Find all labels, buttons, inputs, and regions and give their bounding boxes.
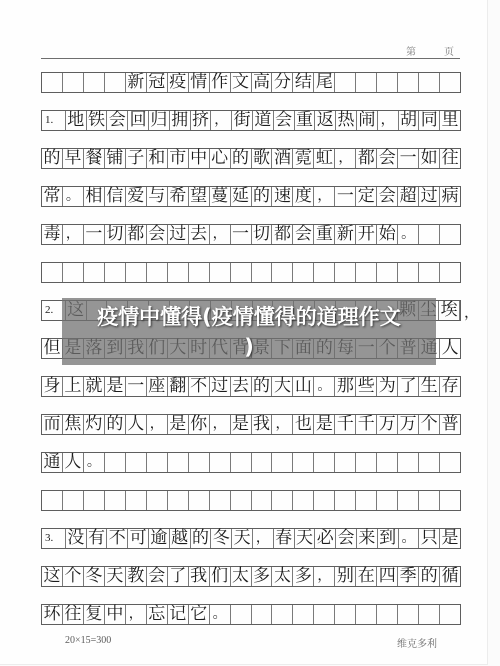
grid-cell: 那 — [335, 377, 356, 396]
grid-cell — [63, 73, 84, 92]
grid-cell: 了 — [398, 377, 419, 396]
grid-cell — [252, 605, 273, 624]
grid-cell — [314, 453, 335, 472]
grid-cell: 教 — [126, 567, 147, 586]
grid-cell: 为 — [377, 377, 398, 396]
grid-cell: 个 — [419, 415, 440, 434]
grid-cell — [105, 453, 126, 472]
grid-cell — [440, 605, 460, 624]
grid-cell: 市 — [168, 149, 189, 168]
grid-cell — [419, 263, 440, 282]
grid-cell: 中 — [105, 605, 126, 624]
grid-cell: 望 — [189, 187, 210, 206]
grid-cell: 结 — [293, 73, 314, 92]
grid-cell: 太 — [272, 567, 293, 586]
grid-cell: 别 — [335, 567, 356, 586]
grid-cell — [440, 453, 460, 472]
grid-cell: 人 — [126, 415, 147, 434]
grid-cell: 些 — [356, 377, 377, 396]
grid-row — [41, 490, 461, 511]
grid-cell: 没 — [66, 529, 87, 548]
grid-cell: 万 — [377, 415, 398, 434]
grid-cell: 我 — [252, 415, 273, 434]
grid-cell — [314, 491, 335, 510]
grid-cell — [42, 491, 63, 510]
grid-cell — [231, 453, 252, 472]
grid-row: 常。相信爱与希望蔓延的速度，一定会超过病 — [41, 186, 461, 207]
grid-cell: 在 — [356, 567, 377, 586]
grid-row — [41, 262, 461, 283]
grid-cell — [377, 491, 398, 510]
grid-cell: 会 — [147, 567, 168, 586]
grid-cell — [419, 605, 440, 624]
grid-cell — [398, 605, 419, 624]
grid-cell: 千 — [356, 415, 377, 434]
grid-row: 1.地铁会回归拥挤，街道会重返热闹，胡同里 — [41, 110, 461, 131]
grid-cell: ， — [210, 225, 231, 244]
grid-cell: 冠 — [147, 73, 168, 92]
grid-row: 身上就是一座翻不过去的大山。那些为了生存 — [41, 376, 461, 397]
grid-cell — [231, 605, 252, 624]
grid-cell: 始 — [377, 225, 398, 244]
grid-row: 这个冬天教会了我们太多太多，别在四季的循 — [41, 566, 461, 587]
grid-cell — [293, 453, 314, 472]
grid-cell — [84, 263, 105, 282]
title-row: 新冠疫情作文高分结尾 — [41, 72, 461, 93]
grid-cell: 铺 — [105, 149, 126, 168]
grid-cell: 多 — [293, 567, 314, 586]
grid-cell: 的 — [105, 415, 126, 434]
grid-cell: 不 — [189, 377, 210, 396]
grid-cell — [377, 453, 398, 472]
grid-cell — [335, 491, 356, 510]
grid-cell: 疫 — [168, 73, 189, 92]
grid-cell: 子 — [126, 149, 147, 168]
grid-cell: 。 — [399, 529, 420, 548]
grid-cell: 新 — [126, 73, 147, 92]
grid-cell: 天 — [105, 567, 126, 586]
grid-row: 环往复中，忘记它。 — [41, 604, 461, 625]
grid-cell — [293, 605, 314, 624]
grid-cell: 往 — [440, 149, 460, 168]
grid-cell: 3. — [42, 529, 66, 548]
grid-cell: 身 — [42, 377, 63, 396]
grid-cell: 毒 — [42, 225, 63, 244]
grid-cell — [440, 73, 460, 92]
grid-cell — [189, 263, 210, 282]
grid-cell: 超 — [398, 187, 419, 206]
grid-cell: 灼 — [84, 415, 105, 434]
grid-cell: ， — [335, 149, 356, 168]
grid-cell: 速 — [272, 187, 293, 206]
grid-cell: 是 — [105, 377, 126, 396]
grid-cell — [147, 263, 168, 282]
grid-cell: 通 — [42, 453, 63, 472]
grid-cell — [272, 491, 293, 510]
grid-cell — [356, 73, 377, 92]
grid-cell — [398, 263, 419, 282]
grid-cell: 信 — [105, 187, 126, 206]
grid-cell: 。 — [84, 453, 105, 472]
grid-cell: 上 — [63, 377, 84, 396]
grid-cell: 而 — [42, 415, 63, 434]
grid-cell — [293, 263, 314, 282]
grid-cell: 一 — [335, 187, 356, 206]
grid-cell: 切 — [105, 225, 126, 244]
grid-row: 通人。 — [41, 452, 461, 473]
grid-cell: 早 — [63, 149, 84, 168]
grid-cell — [126, 491, 147, 510]
grid-cell — [440, 491, 460, 510]
grid-cell: 去 — [231, 377, 252, 396]
grid-cell: 定 — [356, 187, 377, 206]
grid-cell: 也 — [293, 415, 314, 434]
grid-cell: 循 — [440, 567, 460, 586]
grid-cell: 会 — [274, 111, 295, 130]
grid-cell: 同 — [419, 111, 440, 130]
page-label-prefix: 第 — [406, 43, 416, 58]
grid-cell — [189, 453, 210, 472]
grid-cell: 来 — [357, 529, 378, 548]
grid-cell: 它 — [189, 605, 210, 624]
grid-cell — [168, 491, 189, 510]
grid-row: 而焦灼的人，是你，是我，也是千千万万个普 — [41, 414, 461, 435]
grid-cell: 的 — [191, 529, 212, 548]
grid-cell: 会 — [336, 529, 357, 548]
grid-cell: 过 — [210, 377, 231, 396]
grid-cell — [42, 73, 63, 92]
grid-cell: 胡 — [399, 111, 420, 130]
header-rule — [41, 58, 460, 59]
grid-cell — [272, 605, 293, 624]
grid-cell: 地 — [66, 111, 87, 130]
grid-cell: 的 — [42, 149, 63, 168]
grid-cell: 1. — [42, 111, 66, 130]
page-label-suffix: 页 — [444, 43, 454, 58]
grid-cell — [126, 263, 147, 282]
grid-cell: 。 — [398, 225, 419, 244]
grid-cell — [335, 263, 356, 282]
grid-cell: 中 — [189, 149, 210, 168]
grid-cell — [419, 225, 440, 244]
grid-cell — [398, 453, 419, 472]
grid-cell — [63, 263, 84, 282]
grid-cell: 热 — [336, 111, 357, 130]
grid-cell: 春 — [274, 529, 295, 548]
grid-cell — [440, 263, 460, 282]
grid-cell: 冬 — [211, 529, 232, 548]
grid-cell — [126, 453, 147, 472]
grid-cell: 个 — [63, 567, 84, 586]
grid-cell: 歌 — [252, 149, 273, 168]
grid-cell: 切 — [252, 225, 273, 244]
grid-cell: 。 — [210, 605, 231, 624]
grid-cell: 环 — [42, 605, 63, 624]
grid-cell: 太 — [231, 567, 252, 586]
grid-cell — [293, 491, 314, 510]
grid-cell: 回 — [128, 111, 149, 130]
grid-cell: 有 — [87, 529, 108, 548]
grid-cell: 里 — [440, 111, 460, 130]
grid-cell: 情 — [189, 73, 210, 92]
grid-cell — [314, 605, 335, 624]
grid-cell: 去 — [189, 225, 210, 244]
grid-cell: 闹 — [357, 111, 378, 130]
grid-cell: 的 — [231, 149, 252, 168]
grid-cell — [252, 453, 273, 472]
grid-cell: 千 — [335, 415, 356, 434]
grid-cell: 心 — [210, 149, 231, 168]
grid-cell: 重 — [295, 111, 316, 130]
grid-cell: 一 — [84, 225, 105, 244]
grid-cell: 天 — [295, 529, 316, 548]
grid-cell: 。 — [63, 187, 84, 206]
grid-cell: 过 — [419, 187, 440, 206]
grid-cell: 希 — [168, 187, 189, 206]
grid-cell: 是 — [168, 415, 189, 434]
grid-cell: 不 — [107, 529, 128, 548]
grid-cell — [314, 263, 335, 282]
grid-cell: 会 — [293, 225, 314, 244]
grid-cell: 到 — [378, 529, 399, 548]
grid-cell: 是 — [314, 415, 335, 434]
grid-cell: 就 — [84, 377, 105, 396]
grid-cell — [63, 491, 84, 510]
grid-cell — [377, 605, 398, 624]
grid-cell: 归 — [149, 111, 170, 130]
grid-cell: 人 — [63, 453, 84, 472]
grid-cell: 只 — [419, 529, 440, 548]
grid-cell: 重 — [314, 225, 335, 244]
grid-cell — [335, 605, 356, 624]
grid-cell: 常 — [42, 187, 63, 206]
grid-cell: 虹 — [314, 149, 335, 168]
grid-cell: 会 — [147, 225, 168, 244]
grid-cell: 过 — [168, 225, 189, 244]
grid-cell: 山 — [293, 377, 314, 396]
grid-cell: 焦 — [63, 415, 84, 434]
grid-cell — [252, 263, 273, 282]
grid-cell — [377, 73, 398, 92]
grid-cell — [84, 73, 105, 92]
grid-cell: 。 — [314, 377, 335, 396]
grid-spec-label: 20×15=300 — [65, 635, 111, 646]
grid-cell: 拥 — [170, 111, 191, 130]
grid-cell: ， — [314, 567, 335, 586]
grid-cell: 普 — [440, 415, 460, 434]
grid-cell — [272, 453, 293, 472]
grid-cell: 都 — [126, 225, 147, 244]
grid-cell — [272, 263, 293, 282]
grid-cell — [231, 491, 252, 510]
grid-cell: 了 — [168, 567, 189, 586]
grid-cell: ， — [378, 111, 399, 130]
brand-label: 维克多利 — [397, 635, 437, 650]
grid-cell: 街 — [232, 111, 253, 130]
title-overlay: 疫情中懂得(疫情懂得的道理作文 ) — [62, 298, 436, 365]
overlay-title-line-1: 疫情中懂得(疫情懂得的道理作文 — [62, 302, 436, 332]
grid-cell — [356, 491, 377, 510]
grid-cell: 都 — [356, 149, 377, 168]
grid-cell: 复 — [84, 605, 105, 624]
grid-cell: 记 — [168, 605, 189, 624]
grid-cell: 但 — [42, 339, 63, 358]
grid-cell: 的 — [252, 187, 273, 206]
grid-cell: ， — [314, 187, 335, 206]
grid-cell: 你 — [189, 415, 210, 434]
grid-cell — [189, 491, 210, 510]
grid-cell — [210, 453, 231, 472]
grid-cell — [398, 73, 419, 92]
grid-cell: ， — [210, 415, 231, 434]
grid-cell: 新 — [335, 225, 356, 244]
grid-cell: 翻 — [168, 377, 189, 396]
grid-cell — [168, 263, 189, 282]
grid-cell — [398, 491, 419, 510]
grid-cell: 必 — [315, 529, 336, 548]
grid-cell: 多 — [252, 567, 273, 586]
grid-cell: 延 — [231, 187, 252, 206]
grid-cell: 蔓 — [210, 187, 231, 206]
grid-cell: 这 — [42, 567, 63, 586]
grid-cell — [377, 263, 398, 282]
grid-cell — [356, 453, 377, 472]
grid-cell: ， — [147, 415, 168, 434]
grid-cell: ， — [211, 111, 232, 130]
grid-cell: 冬 — [84, 567, 105, 586]
grid-cell — [147, 453, 168, 472]
grid-cell: 忘 — [147, 605, 168, 624]
grid-cell — [105, 491, 126, 510]
grid-cell: 座 — [147, 377, 168, 396]
grid-cell — [440, 225, 460, 244]
grid-cell: 大 — [272, 377, 293, 396]
grid-cell: 人 — [440, 339, 460, 358]
grid-cell: 分 — [272, 73, 293, 92]
grid-cell — [252, 491, 273, 510]
grid-cell: 季 — [398, 567, 419, 586]
grid-cell: 挤 — [191, 111, 212, 130]
grid-cell: 往 — [63, 605, 84, 624]
grid-cell: 度 — [293, 187, 314, 206]
grid-cell: 的 — [252, 377, 273, 396]
grid-cell: 生 — [419, 377, 440, 396]
grid-row: 的早餐铺子和市中心的歌酒霓虹，都会一如往 — [41, 148, 461, 169]
grid-row: 3.没有不可逾越的冬天，春天必会来到。只是 — [41, 528, 461, 549]
grid-cell — [419, 491, 440, 510]
grid-cell: 都 — [272, 225, 293, 244]
grid-cell: 逾 — [149, 529, 170, 548]
grid-cell: 相 — [84, 187, 105, 206]
grid-cell: ， — [63, 225, 84, 244]
grid-cell: 的 — [419, 567, 440, 586]
grid-cell: 们 — [210, 567, 231, 586]
grid-cell — [356, 263, 377, 282]
grid-cell: 返 — [315, 111, 336, 130]
grid-cell — [105, 263, 126, 282]
grid-row: 毒，一切都会过去，一切都会重新开始。 — [41, 224, 461, 245]
grid-cell: 霓 — [293, 149, 314, 168]
grid-cell: 万 — [398, 415, 419, 434]
grid-cell: 酒 — [272, 149, 293, 168]
grid-cell — [335, 73, 356, 92]
grid-cell — [84, 491, 105, 510]
grid-cell: 如 — [419, 149, 440, 168]
grid-cell — [42, 263, 63, 282]
grid-cell: 可 — [128, 529, 149, 548]
grid-cell: 是 — [440, 529, 460, 548]
grid-cell — [335, 453, 356, 472]
grid-cell — [147, 491, 168, 510]
grid-cell — [210, 491, 231, 510]
grid-cell: 开 — [356, 225, 377, 244]
grid-cell: 病 — [440, 187, 460, 206]
grid-cell: 尾 — [314, 73, 335, 92]
grid-cell — [231, 263, 252, 282]
grid-cell — [356, 605, 377, 624]
grid-cell: 存 — [440, 377, 460, 396]
grid-cell — [419, 73, 440, 92]
grid-cell: 是 — [231, 415, 252, 434]
grid-cell: 作 — [210, 73, 231, 92]
grid-cell: 会 — [377, 187, 398, 206]
overlay-title-line-2: ) — [62, 332, 436, 362]
grid-cell: 和 — [147, 149, 168, 168]
grid-cell: 与 — [147, 187, 168, 206]
grid-cell — [419, 453, 440, 472]
grid-cell — [210, 263, 231, 282]
grid-cell: 高 — [252, 73, 273, 92]
grid-cell: 铁 — [87, 111, 108, 130]
grid-cell: 一 — [126, 377, 147, 396]
grid-cell: 一 — [398, 149, 419, 168]
grid-cell: 四 — [377, 567, 398, 586]
grid-cell: 会 — [107, 111, 128, 130]
grid-cell: 道 — [253, 111, 274, 130]
grid-cell: 天 — [232, 529, 253, 548]
grid-cell: ， — [253, 529, 274, 548]
grid-cell: ， — [126, 605, 147, 624]
grid-cell: 一 — [231, 225, 252, 244]
grid-cell: 文 — [231, 73, 252, 92]
grid-cell: ， — [272, 415, 293, 434]
grid-cell: 爱 — [126, 187, 147, 206]
grid-cell — [105, 73, 126, 92]
paper-sheet: 第 页 新冠疫情作文高分结尾1.地铁会回归拥挤，街道会重返热闹，胡同里的早餐铺子… — [0, 0, 488, 665]
grid-cell: 我 — [189, 567, 210, 586]
grid-cell: 越 — [170, 529, 191, 548]
grid-cell — [168, 453, 189, 472]
grid-cell: 埃 — [439, 301, 460, 320]
margin-punctuation: ， — [464, 301, 479, 322]
grid-cell: 会 — [377, 149, 398, 168]
grid-cell: 餐 — [84, 149, 105, 168]
